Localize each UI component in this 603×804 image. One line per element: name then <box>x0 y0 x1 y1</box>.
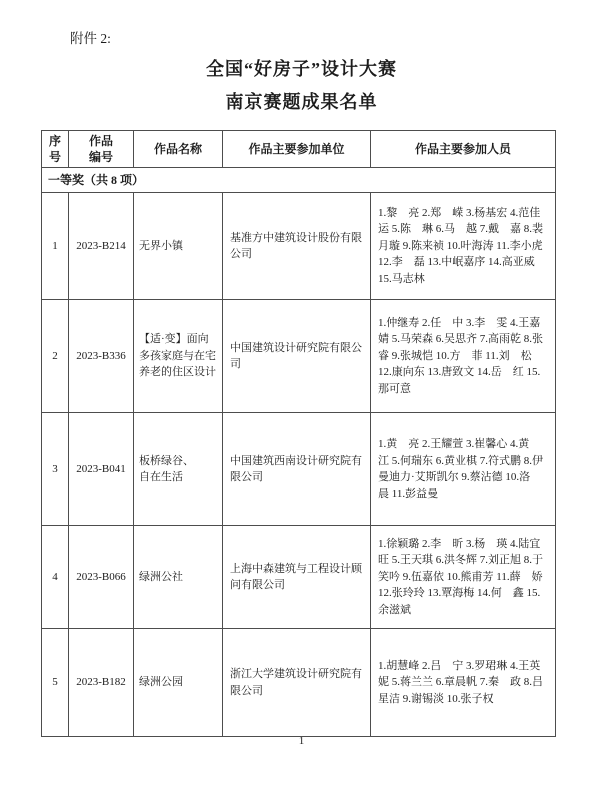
cell-work-name: 板桥绿谷、 自在生活 <box>134 413 223 526</box>
page-number: 1 <box>0 735 603 747</box>
table-row: 4 2023-B066 绿洲公社 上海中森建筑与工程设计顾问有限公司 1.徐颖璐… <box>42 526 556 629</box>
cell-serial-no: 5 <box>42 629 69 737</box>
cell-main-people: 1.徐颖璐 2.李 昕 3.杨 瑛 4.陆宜旺 5.王天琪 6.洪冬辉 7.刘正… <box>371 526 556 629</box>
cell-work-code: 2023-B214 <box>69 193 134 300</box>
cell-serial-no: 2 <box>42 300 69 413</box>
cell-work-name: 绿洲公园 <box>134 629 223 737</box>
document-title-line1: 全国“好房子”设计大赛 <box>0 55 603 81</box>
cell-main-org: 上海中森建筑与工程设计顾问有限公司 <box>223 526 371 629</box>
cell-work-code: 2023-B182 <box>69 629 134 737</box>
cell-main-people: 1.黄 亮 2.王耀萱 3.崔馨心 4.黄 江 5.何瑞东 6.黄业棋 7.符式… <box>371 413 556 526</box>
cell-work-code: 2023-B066 <box>69 526 134 629</box>
cell-work-code: 2023-B041 <box>69 413 134 526</box>
cell-work-name: 无界小镇 <box>134 193 223 300</box>
cell-main-org: 中国建筑设计研究院有限公司 <box>223 300 371 413</box>
cell-work-name: 【适·变】面向多孩家庭与在宅养老的住区设计 <box>134 300 223 413</box>
table-row: 5 2023-B182 绿洲公园 浙江大学建筑设计研究院有限公司 1.胡慧峰 2… <box>42 629 556 737</box>
table-header-row: 序 号 作品 编号 作品名称 作品主要参加单位 作品主要参加人员 <box>42 131 556 168</box>
results-table: 序 号 作品 编号 作品名称 作品主要参加单位 作品主要参加人员 一等奖（共 8… <box>41 130 556 737</box>
cell-main-org: 中国建筑西南设计研究院有限公司 <box>223 413 371 526</box>
cell-serial-no: 3 <box>42 413 69 526</box>
header-serial-no: 序 号 <box>42 131 69 168</box>
cell-main-org: 浙江大学建筑设计研究院有限公司 <box>223 629 371 737</box>
table-row: 1 2023-B214 无界小镇 基准方中建筑设计股份有限公司 1.黎 亮 2.… <box>42 193 556 300</box>
award-group-row: 一等奖（共 8 项） <box>42 168 556 193</box>
header-work-name: 作品名称 <box>134 131 223 168</box>
cell-main-people: 1.仲继寿 2.任 中 3.李 雯 4.王嘉婧 5.马荣森 6.吴思齐 7.高雨… <box>371 300 556 413</box>
cell-serial-no: 1 <box>42 193 69 300</box>
table-row: 3 2023-B041 板桥绿谷、 自在生活 中国建筑西南设计研究院有限公司 1… <box>42 413 556 526</box>
cell-work-name: 绿洲公社 <box>134 526 223 629</box>
cell-work-code: 2023-B336 <box>69 300 134 413</box>
attachment-label: 附件 2: <box>70 27 111 47</box>
header-main-people: 作品主要参加人员 <box>371 131 556 168</box>
cell-main-people: 1.胡慧峰 2.吕 宁 3.罗珺琳 4.王英妮 5.蒋兰兰 6.章晨帆 7.秦 … <box>371 629 556 737</box>
document-title-line2: 南京赛题成果名单 <box>0 88 603 114</box>
cell-serial-no: 4 <box>42 526 69 629</box>
header-main-org: 作品主要参加单位 <box>223 131 371 168</box>
cell-main-people: 1.黎 亮 2.郑 嵘 3.杨基宏 4.范佳运 5.陈 琳 6.马 越 7.戴 … <box>371 193 556 300</box>
document-page: 附件 2: 全国“好房子”设计大赛 南京赛题成果名单 序 号 作品 编号 作品名… <box>0 0 603 804</box>
header-work-code: 作品 编号 <box>69 131 134 168</box>
cell-main-org: 基准方中建筑设计股份有限公司 <box>223 193 371 300</box>
table-row: 2 2023-B336 【适·变】面向多孩家庭与在宅养老的住区设计 中国建筑设计… <box>42 300 556 413</box>
award-group-label: 一等奖（共 8 项） <box>42 168 556 193</box>
